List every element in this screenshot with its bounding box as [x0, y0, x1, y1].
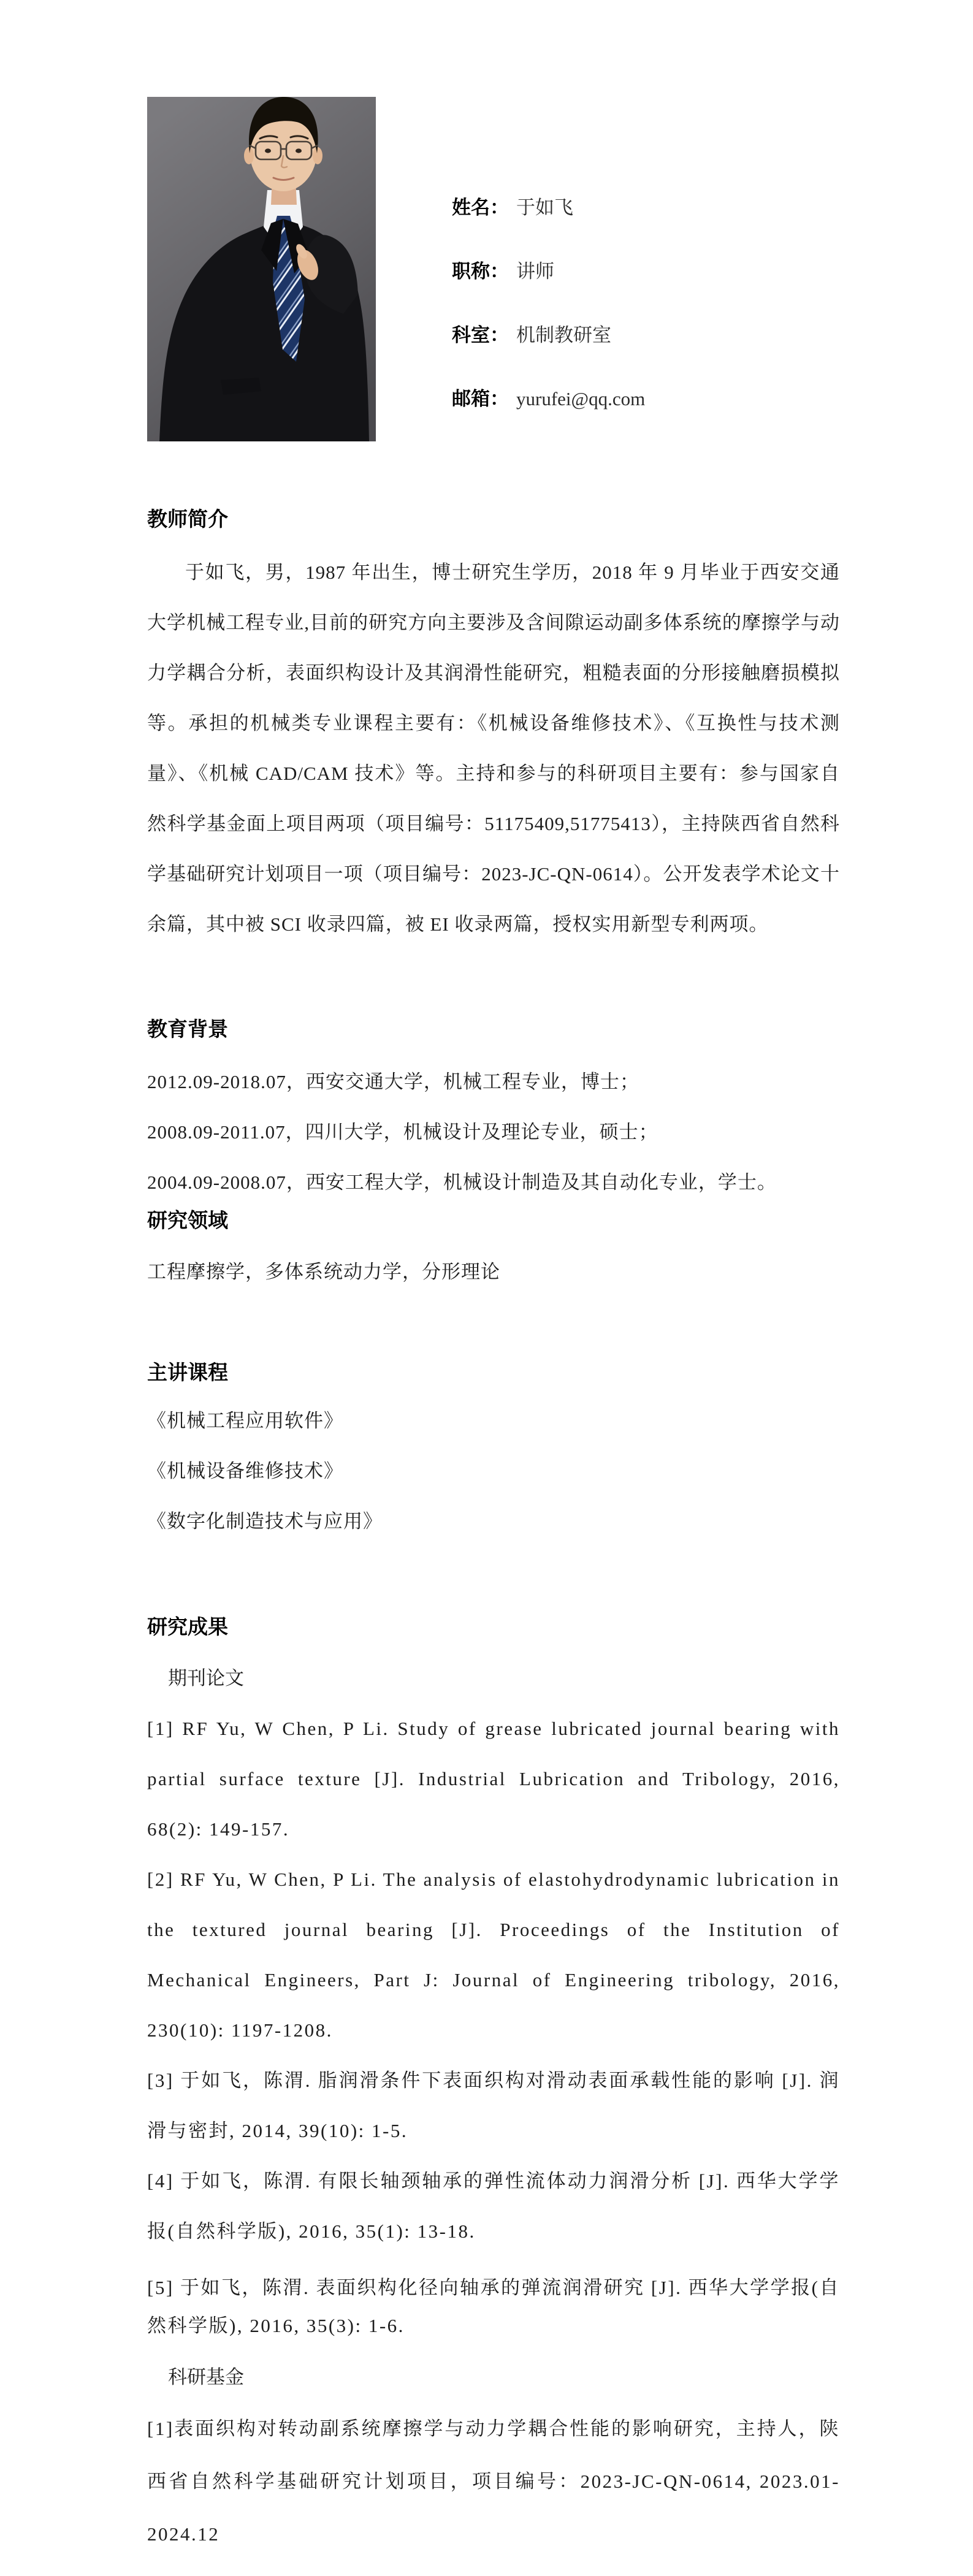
title-value: 讲师 [516, 261, 554, 282]
name-label: 姓名： [452, 197, 509, 218]
education-item: 2012.09-2018.07，西安交通大学，机械工程专业，博士； [147, 1057, 840, 1107]
profile-header: 姓名：于如飞 职称：讲师 科室：机制教研室 邮箱：yurufei@qq.com [147, 97, 840, 453]
paper-item: [4] 于如飞，陈渭. 有限长轴颈轴承的弹性流体动力润滑分析 [J]. 西华大学… [147, 2156, 840, 2257]
profile-photo [147, 97, 376, 441]
email-value: yurufei@qq.com [516, 388, 645, 410]
basic-info-list: 姓名：于如飞 职称：讲师 科室：机制教研室 邮箱：yurufei@qq.com [452, 97, 645, 453]
section-heading-achievements: 研究成果 [147, 1618, 840, 1638]
research-areas-text: 工程摩擦学，多体系统动力学，分形理论 [147, 1247, 840, 1297]
course-item: 《数字化制造技术与应用》 [147, 1496, 840, 1547]
paper-item: [2] RF Yu, W Chen, P Li. The analysis of… [147, 1854, 840, 2056]
department-field: 科室：机制教研室 [452, 326, 645, 345]
section-heading-courses: 主讲课程 [147, 1363, 840, 1384]
department-value: 机制教研室 [516, 324, 611, 346]
title-field: 职称：讲师 [452, 262, 645, 281]
department-label: 科室： [452, 324, 509, 346]
intro-paragraph: 于如飞，男，1987 年出生，博士研究生学历，2018 年 9 月毕业于西安交通… [147, 547, 840, 950]
funding-item: [1]表面织构对转动副系统摩擦学与动力学耦合性能的影响研究，主持人，陕西省自然科… [147, 2403, 840, 2561]
course-item: 《机械工程应用软件》 [147, 1396, 840, 1446]
title-label: 职称： [452, 261, 509, 282]
section-heading-research-areas: 研究领域 [147, 1211, 840, 1232]
education-item: 2004.09-2008.07，西安工程大学，机械设计制造及其自动化专业，学士。 [147, 1157, 840, 1208]
course-item: 《机械设备维修技术》 [147, 1446, 840, 1496]
name-value: 于如飞 [516, 197, 573, 218]
paper-item: [1] RF Yu, W Chen, P Li. Study of grease… [147, 1704, 840, 1854]
journal-papers-list: [1] RF Yu, W Chen, P Li. Study of grease… [147, 1704, 840, 2345]
email-label: 邮箱： [452, 388, 509, 410]
research-funding-label: 科研基金 [147, 2352, 840, 2403]
section-heading-intro: 教师简介 [147, 510, 840, 530]
courses-list: 《机械工程应用软件》 《机械设备维修技术》 《数字化制造技术与应用》 [147, 1396, 840, 1547]
faculty-profile-page: 姓名：于如飞 职称：讲师 科室：机制教研室 邮箱：yurufei@qq.com … [0, 0, 973, 2576]
email-field: 邮箱：yurufei@qq.com [452, 389, 645, 408]
section-heading-education: 教育背景 [147, 1020, 840, 1040]
paper-item: [5] 于如飞，陈渭. 表面织构化径向轴承的弹流润滑研究 [J]. 西华大学学报… [147, 2269, 840, 2345]
paper-item: [3] 于如飞，陈渭. 脂润滑条件下表面织构对滑动表面承载性能的影响 [J]. … [147, 2056, 840, 2156]
education-list: 2012.09-2018.07，西安交通大学，机械工程专业，博士； 2008.0… [147, 1057, 840, 1208]
journal-papers-label: 期刊论文 [147, 1653, 840, 1704]
name-field: 姓名：于如飞 [452, 198, 645, 217]
portrait-illustration [147, 97, 376, 441]
education-item: 2008.09-2011.07，四川大学，机械设计及理论专业，硕士； [147, 1107, 840, 1157]
